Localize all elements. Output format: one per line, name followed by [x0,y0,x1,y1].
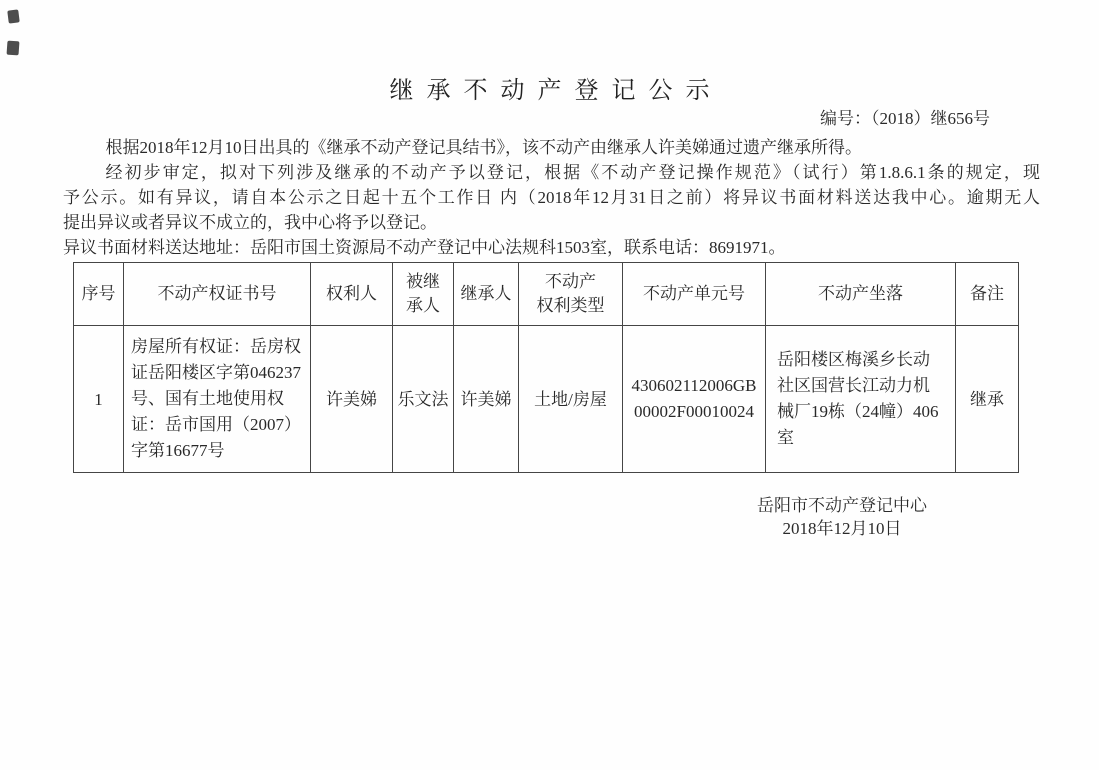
col-header-location: 不动产坐落 [766,263,956,326]
col-header-remark: 备注 [956,263,1019,326]
cell-cert-no: 房屋所有权证：岳房权证岳阳楼区字第046237号、国有土地使用权证：岳市国用（2… [124,326,311,473]
notice-line: 经初步审定，拟对下列涉及继承的不动产予以登记，根据《不动产登记操作规范》（试行）… [63,160,1040,185]
col-header-decedent: 被继 承人 [393,263,454,326]
notice-line: 根据2018年12月10日出具的《继承不动产登记具结书》，该不动产由继承人许美娣… [63,135,1040,160]
col-header-heir: 继承人 [454,263,519,326]
cell-right-type: 土地/房屋 [519,326,623,473]
notice-line: 异议书面材料送达地址：岳阳市国土资源局不动产登记中心法规科1503室，联系电话：… [63,235,1040,260]
cell-unit-no: 430602112006GB00002F00010024 [623,326,766,473]
doc-number: 编号：（2018）继656号 [820,104,990,129]
col-header-right-type: 不动产 权利类型 [519,263,623,326]
notice-body: 根据2018年12月10日出具的《继承不动产登记具结书》，该不动产由继承人许美娣… [63,135,1040,260]
document-page: 继承不动产登记公示 编号：（2018）继656号 根据2018年12月10日出具… [0,0,1099,770]
scan-artifact [7,41,20,56]
records-table: 序号 不动产权证书号 权利人 被继 承人 继承人 不动产 权利类型 不动产单元号… [73,262,1019,473]
table-header-row: 序号 不动产权证书号 权利人 被继 承人 继承人 不动产 权利类型 不动产单元号… [74,263,1019,326]
page-title: 继承不动产登记公示 [0,70,1099,105]
cell-remark: 继承 [956,326,1019,473]
notice-line: 提出异议或者异议不成立的，我中心将予以登记。 [63,210,1040,235]
notice-line: 予公示。如有异议，请自本公示之日起十五个工作日 内（2018年12月31日之前）… [63,185,1040,210]
signature-org: 岳阳市不动产登记中心 [700,494,984,517]
cell-decedent: 乐文法 [393,326,454,473]
signature-date: 2018年12月10日 [700,517,984,540]
cell-location: 岳阳楼区梅溪乡长动社区国营长江动力机械厂19栋（24幢）406室 [766,326,956,473]
cell-seq: 1 [74,326,124,473]
signature-block: 岳阳市不动产登记中心 2018年12月10日 [700,494,984,540]
table-row: 1 房屋所有权证：岳房权证岳阳楼区字第046237号、国有土地使用权证：岳市国用… [74,326,1019,473]
col-header-seq: 序号 [74,263,124,326]
col-header-cert-no: 不动产权证书号 [124,263,311,326]
scan-artifact [7,9,20,23]
cell-heir: 许美娣 [454,326,519,473]
cell-holder: 许美娣 [311,326,393,473]
col-header-holder: 权利人 [311,263,393,326]
col-header-unit-no: 不动产单元号 [623,263,766,326]
